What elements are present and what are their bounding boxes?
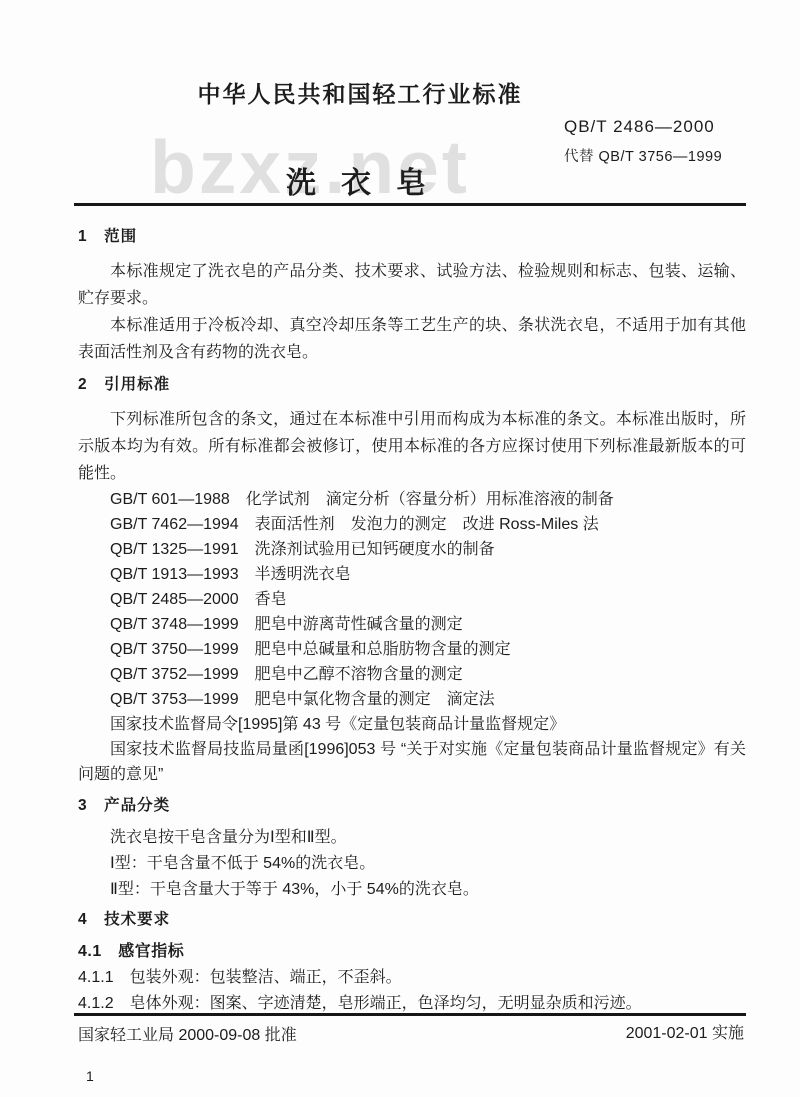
approval-note: 国家轻工业局 2000-09-08 批准 — [78, 1022, 297, 1045]
section-3-heading: 3 产品分类 — [78, 795, 746, 817]
reference-item: 国家技术监督局技监局量函[1996]053 号 “关于对实施《定量包装商品计量监… — [78, 737, 746, 787]
reference-item: GB/T 601—1988 化学试剂 滴定分析（容量分析）用标准溶液的制备 — [78, 487, 746, 512]
document-title: 洗衣皂 — [286, 158, 451, 202]
references-intro: 下列标准所包含的条文，通过在本标准中引用而构成为本标准的条文。本标准出版时，所示… — [78, 406, 746, 487]
reference-item: QB/T 3752—1999 肥皂中乙醇不溶物含量的测定 — [78, 662, 746, 687]
reference-item: QB/T 1913—1993 半透明洗衣皂 — [78, 562, 746, 587]
reference-item: GB/T 7462—1994 表面活性剂 发泡力的测定 改进 Ross-Mile… — [78, 512, 746, 537]
reference-item: QB/T 3748—1999 肥皂中游离苛性碱含量的测定 — [78, 612, 746, 637]
clause-4-1: 4.1 感官指标 — [78, 939, 746, 965]
reference-item: QB/T 3750—1999 肥皂中总碱量和总脂肪物含量的测定 — [78, 637, 746, 662]
section-2-heading: 2 引用标准 — [78, 374, 746, 396]
reference-item: 国家技术监督局令[1995]第 43 号《定量包装商品计量监督规定》 — [78, 712, 746, 737]
section-4-heading: 4 技术要求 — [78, 909, 746, 931]
scope-paragraph-1: 本标准规定了洗衣皂的产品分类、技术要求、试验方法、检验规则和标志、包装、运输、贮… — [78, 258, 746, 312]
implementation-note: 2001-02-01 实施 — [626, 1020, 744, 1043]
page-number: 1 — [86, 1068, 94, 1084]
clause-4-1-2: 4.1.2 皂体外观：图案、字迹清楚，皂形端正，色泽均匀，无明显杂质和污迹。 — [78, 991, 746, 1017]
document-page: bzxz.net 中华人民共和国轻工行业标准 QB/T 2486—2000 代替… — [0, 0, 800, 1097]
clause-4-1-1: 4.1.1 包装外观：包装整洁、端正，不歪斜。 — [78, 965, 746, 991]
classification-type2: Ⅱ型：干皂含量大于等于 43%，小于 54%的洗衣皂。 — [78, 877, 746, 903]
reference-item: QB/T 1325—1991 洗涤剂试验用已知钙硬度水的制备 — [78, 537, 746, 562]
classification-intro: 洗衣皂按干皂含量分为Ⅰ型和Ⅱ型。 — [78, 825, 746, 851]
replaces-note: 代替 QB/T 3756—1999 — [564, 145, 722, 166]
document-body: 1 范围 本标准规定了洗衣皂的产品分类、技术要求、试验方法、检验规则和标志、包装… — [78, 220, 746, 1017]
reference-item: QB/T 3753—1999 肥皂中氯化物含量的测定 滴定法 — [78, 687, 746, 712]
classification-type1: Ⅰ型：干皂含量不低于 54%的洗衣皂。 — [78, 851, 746, 877]
reference-item: QB/T 2485—2000 香皂 — [78, 587, 746, 612]
standard-org-title: 中华人民共和国轻工行业标准 — [0, 76, 720, 109]
standard-number: QB/T 2486—2000 — [564, 117, 715, 137]
section-1-heading: 1 范围 — [78, 226, 746, 248]
scope-paragraph-2: 本标准适用于冷板冷却、真空冷却压条等工艺生产的块、条状洗衣皂，不适用于加有其他表… — [78, 312, 746, 366]
